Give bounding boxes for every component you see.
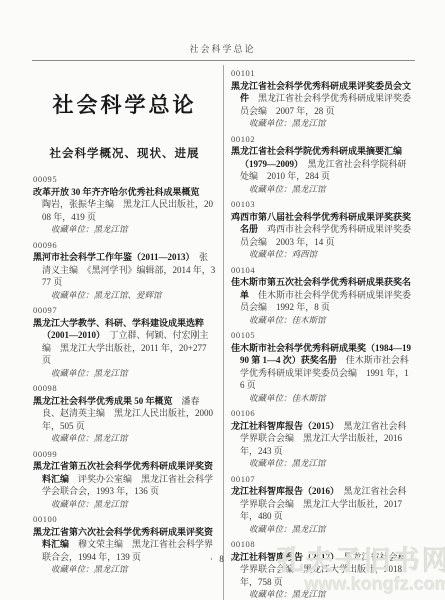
entry-meta: 佳木斯市社会科学优秀科研成果评奖委员会编 1992 年，8 页 — [240, 290, 411, 313]
entry-title: 黑河市社会科学工作年鉴（2011—2013） — [33, 252, 190, 262]
entry-collection: 收藏单位：佳木斯馆 — [231, 314, 413, 327]
entry-meta: 鸡西市社会科学优秀科研成果评奖委员会编 2003 年，14 页 — [240, 224, 411, 247]
entry-id: 00099 — [33, 448, 216, 461]
entry-body: 佳木斯市社会科学优秀科研成果奖（1984—1990 第 1—4 次）获奖名册 佳… — [231, 342, 413, 392]
entry-id: 00105 — [231, 329, 413, 342]
entry-collection: 收藏单位：黑龙江馆 — [231, 588, 413, 600]
two-column-layout: 社会科学总论 社会科学概况、现状、进展 00095 改革开放 30 年齐齐哈尔优… — [0, 61, 445, 600]
right-column-entries: 00101 黑龙江省社会科学优秀科研成果评奖委员会文件 黑龙江省社会科学优秀科研… — [231, 67, 413, 600]
entry-title: 改革开放 30 年齐齐哈尔优秀社科成果概览 — [33, 187, 200, 197]
entry-body: 黑龙江省社会科学院优秀科研成果摘要汇编（1979—2009） 黑龙江省社会科学院… — [231, 145, 413, 183]
running-head: 社会科学总论 — [0, 42, 445, 55]
bibliography-entry: 00107 龙江社科智库报告（2016） 黑龙江省社会科学界联合会编 黑龙江大学… — [231, 473, 413, 536]
bibliography-entry: 00097 黑龙江大学教学、科研、学科建设成果选粹（2001—2010） 丁立群… — [33, 304, 216, 379]
bibliography-entry: 00099 黑龙江省第五次社会科学优秀科研成果评奖资料汇编 评奖办公室编 黑龙江… — [33, 448, 216, 511]
bibliography-entry: 00100 黑龙江省第六次社会科学优秀科研成果评奖资料汇编 穆文荣主编 黑龙江省… — [33, 513, 216, 576]
bibliography-entry: 00098 黑龙江社会科学优秀成果 50 年概览 潘春良、赵清英主编 黑龙江人民… — [33, 382, 216, 445]
entry-id: 00095 — [33, 173, 216, 186]
entry-id: 00097 — [33, 304, 216, 317]
entry-body: 龙江社科智库报告（2015） 黑龙江省社会科学界联合会编 黑龙江大学出版社，20… — [231, 420, 413, 458]
entry-id: 00101 — [231, 67, 413, 80]
entry-collection: 收藏单位：黑龙江馆 — [33, 367, 216, 380]
entry-collection: 收藏单位：黑龙江馆 — [231, 523, 413, 536]
section-title: 社会科学总论 — [33, 89, 216, 119]
left-column-entries: 00095 改革开放 30 年齐齐哈尔优秀社科成果概览 陶岩，张振华主编 黑龙江… — [33, 173, 216, 576]
bibliography-entry: 00095 改革开放 30 年齐齐哈尔优秀社科成果概览 陶岩，张振华主编 黑龙江… — [33, 173, 216, 236]
entry-body: 鸡西市第八届社会科学优秀科研成果评奖获奖名册 鸡西市社会科学优秀科研成果评奖委员… — [231, 211, 413, 249]
entry-body: 黑龙江社会科学优秀成果 50 年概览 潘春良、赵清英主编 黑龙江人民出版社，20… — [33, 395, 216, 433]
entry-id: 00103 — [231, 198, 413, 211]
bibliography-entry: 00104 佳木斯市第五次社会科学优秀科研成果获奖名单 佳木斯市社会科学优秀科研… — [231, 264, 413, 327]
entry-collection: 收藏单位：黑龙江馆、爱辉馆 — [33, 289, 216, 302]
entry-collection: 收藏单位：黑龙江馆 — [33, 432, 216, 445]
left-column: 社会科学总论 社会科学概况、现状、进展 00095 改革开放 30 年齐齐哈尔优… — [33, 65, 223, 600]
entry-collection: 收藏单位：黑龙江馆 — [231, 183, 413, 196]
entry-body: 佳木斯市第五次社会科学优秀科研成果获奖名单 佳木斯市社会科学优秀科研成果评奖委员… — [231, 276, 413, 314]
entry-collection: 收藏单位：黑龙江馆 — [33, 498, 216, 511]
entry-id: 00098 — [33, 382, 216, 395]
entry-body: 龙江社科智库报告（2016） 黑龙江省社会科学界联合会编 黑龙江大学出版社，20… — [231, 485, 413, 523]
entry-body: 黑龙江大学教学、科研、学科建设成果选粹（2001—2010） 丁立群、何颖、付宏… — [33, 317, 216, 367]
bibliography-entry: 00103 鸡西市第八届社会科学优秀科研成果评奖获奖名册 鸡西市社会科学优秀科研… — [231, 198, 413, 261]
entry-id: 00100 — [33, 513, 216, 526]
right-column: 00101 黑龙江省社会科学优秀科研成果评奖委员会文件 黑龙江省社会科学优秀科研… — [223, 65, 413, 600]
entry-meta: 黑龙江省社会科学优秀科研成果评奖委员会编 2007 年，28 页 — [240, 93, 411, 116]
entry-id: 00104 — [231, 264, 413, 277]
entry-title: 龙江社科智库报告（2015） — [231, 421, 335, 431]
entry-body: 黑河市社会科学工作年鉴（2011—2013） 张清义主编 《黑河学刊》编辑部，2… — [33, 251, 216, 289]
entry-collection: 收藏单位：黑龙江馆 — [33, 223, 216, 236]
entry-id: 00106 — [231, 407, 413, 420]
bibliography-entry: 00096 黑河市社会科学工作年鉴（2011—2013） 张清义主编 《黑河学刊… — [33, 239, 216, 302]
entry-collection: 收藏单位：黑龙江馆 — [231, 457, 413, 470]
bibliography-entry: 00101 黑龙江省社会科学优秀科研成果评奖委员会文件 黑龙江省社会科学优秀科研… — [231, 67, 413, 130]
entry-body: 改革开放 30 年齐齐哈尔优秀社科成果概览 陶岩，张振华主编 黑龙江人民出版社，… — [33, 186, 216, 224]
entry-title: 黑龙江社会科学优秀成果 50 年概览 — [33, 396, 173, 406]
section-subtitle: 社会科学概况、现状、进展 — [33, 145, 216, 161]
entry-collection: 收藏单位：佳木斯馆 — [231, 392, 413, 405]
entry-body: 黑龙江省第五次社会科学优秀科研成果评奖资料汇编 评奖办公室编 黑龙江省社会科学学… — [33, 460, 216, 498]
bibliography-entry: 00105 佳木斯市社会科学优秀科研成果奖（1984—1990 第 1—4 次）… — [231, 329, 413, 404]
scanned-book-page: 社会科学总论 社会科学总论 社会科学概况、现状、进展 00095 改革开放 30… — [0, 0, 445, 600]
entry-collection: 收藏单位：黑龙江馆 — [231, 117, 413, 130]
entry-id: 00107 — [231, 473, 413, 486]
entry-collection: 收藏单位：黑龙江馆 — [33, 563, 216, 576]
entry-id: 00108 — [231, 538, 413, 551]
page-number: · 8 · — [0, 554, 445, 564]
entry-id: 00096 — [33, 239, 216, 252]
entry-title: 龙江社科智库报告（2016） — [231, 486, 335, 496]
bibliography-entry: 00106 龙江社科智库报告（2015） 黑龙江省社会科学界联合会编 黑龙江大学… — [231, 407, 413, 470]
bibliography-entry: 00102 黑龙江省社会科学院优秀科研成果摘要汇编（1979—2009） 黑龙江… — [231, 133, 413, 196]
entry-body: 黑龙江省社会科学优秀科研成果评奖委员会文件 黑龙江省社会科学优秀科研成果评奖委员… — [231, 80, 413, 118]
entry-id: 00102 — [231, 133, 413, 146]
bibliography-entry: 00108 龙江社科智库报告（2017） 黑龙江省社会科学界联合会编 黑龙江大学… — [231, 538, 413, 600]
entry-collection: 收藏单位：鸡西馆 — [231, 248, 413, 261]
